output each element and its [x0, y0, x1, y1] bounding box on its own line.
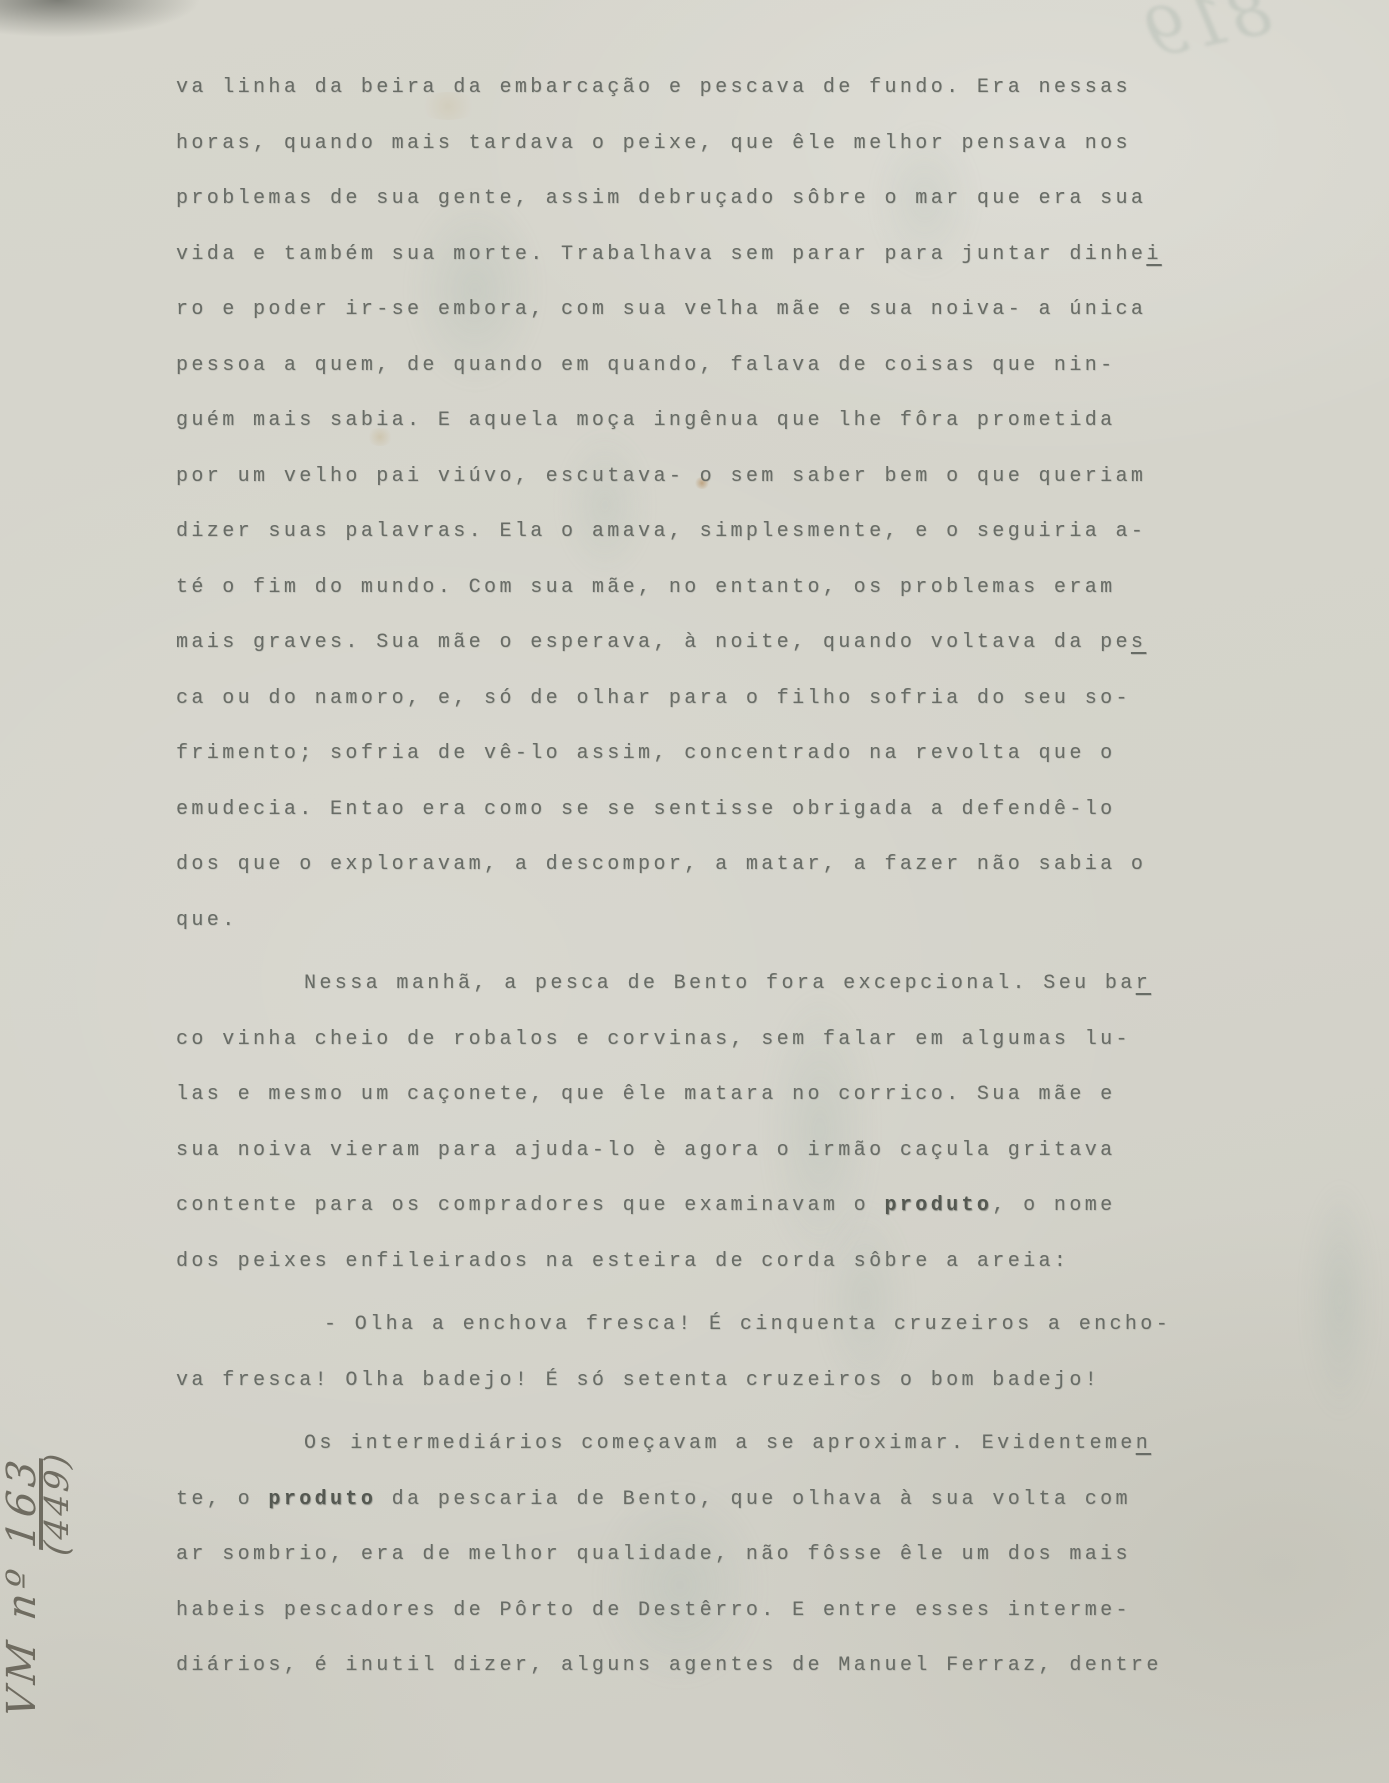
text-line: pessoa a quem, de quando em quando, fala…: [176, 338, 1176, 394]
underlined-syllable: s: [1131, 631, 1146, 654]
text-line: Os intermediários começavam a se aproxim…: [176, 1416, 1176, 1472]
paragraph: va linha da beira da embarcação e pescav…: [176, 60, 1176, 948]
text-segment: va linha da beira da embarcação e pescav…: [176, 76, 1131, 99]
text-segment: da pescaria de Bento, que olhava à sua v…: [376, 1488, 1131, 1511]
text-line: dos peixes enfileirados na esteira de co…: [176, 1234, 1176, 1290]
text-line: emudecia. Entao era como se se sentisse …: [176, 782, 1176, 838]
margin-note-prefix: VM nº: [0, 1544, 45, 1720]
text-line: ca ou do namoro, e, só de olhar para o f…: [176, 671, 1176, 727]
text-segment: por um velho pai viúvo, escutava- o sem …: [176, 465, 1146, 488]
text-segment: diários, é inutil dizer, alguns agentes …: [176, 1654, 1162, 1677]
underlined-syllable: r: [1136, 972, 1151, 995]
text-segment: vida e também sua morte. Trabalhava sem …: [176, 243, 1146, 266]
text-line: las e mesmo um caçonete, que êle matara …: [176, 1067, 1176, 1123]
text-line: Nessa manhã, a pesca de Bento fora excep…: [176, 956, 1176, 1012]
paragraph: - Olha a enchova fresca! É cinquenta cru…: [176, 1297, 1176, 1408]
text-line: habeis pescadores de Pôrto de Destêrro. …: [176, 1583, 1176, 1639]
text-segment: dos que o exploravam, a descompor, a mat…: [176, 853, 1146, 876]
text-line: co vinha cheio de robalos e corvinas, se…: [176, 1012, 1176, 1068]
margin-note-page: (449): [37, 1274, 76, 1557]
text-segment: , o nome: [992, 1194, 1115, 1217]
paragraph: Os intermediários começavam a se aproxim…: [176, 1416, 1176, 1694]
text-segment: co vinha cheio de robalos e corvinas, se…: [176, 1028, 1131, 1051]
text-line: sua noiva vieram para ajuda-lo è agora o…: [176, 1123, 1176, 1179]
paragraph: Nessa manhã, a pesca de Bento fora excep…: [176, 956, 1176, 1289]
underlined-syllable: i: [1146, 243, 1161, 266]
text-segment: horas, quando mais tardava o peixe, que …: [176, 132, 1131, 155]
text-line: ar sombrio, era de melhor qualidade, não…: [176, 1527, 1176, 1583]
text-line: por um velho pai viúvo, escutava- o sem …: [176, 449, 1176, 505]
text-segment: problemas de sua gente, assim debruçado …: [176, 187, 1146, 210]
text-line: te, o produto da pescaria de Bento, que …: [176, 1472, 1176, 1528]
text-line: contente para os compradores que examina…: [176, 1178, 1176, 1234]
margin-note: VM nº 163 (449): [0, 1277, 129, 1717]
text-line: guém mais sabia. E aquela moça ingênua q…: [176, 393, 1176, 449]
scan-corner-shadow: [0, 0, 320, 48]
text-segment: frimento; sofria de vê-lo assim, concent…: [176, 742, 1116, 765]
text-line: dos que o exploravam, a descompor, a mat…: [176, 837, 1176, 893]
text-segment: dizer suas palavras. Ela o amava, simple…: [176, 520, 1146, 543]
text-segment: contente para os compradores que examina…: [176, 1194, 885, 1217]
text-segment: las e mesmo um caçonete, que êle matara …: [176, 1083, 1116, 1106]
text-segment: dos peixes enfileirados na esteira de co…: [176, 1250, 1069, 1273]
text-segment: té o fim do mundo. Com sua mãe, no entan…: [176, 576, 1116, 599]
text-line: que.: [176, 893, 1176, 949]
text-segment: mais graves. Sua mãe o esperava, à noite…: [176, 631, 1131, 654]
text-line: té o fim do mundo. Com sua mãe, no entan…: [176, 560, 1176, 616]
typewritten-text: va linha da beira da embarcação e pescav…: [176, 60, 1176, 1694]
text-segment: guém mais sabia. E aquela moça ingênua q…: [176, 409, 1116, 432]
text-line: ro e poder ir-se embora, com sua velha m…: [176, 282, 1176, 338]
text-line: frimento; sofria de vê-lo assim, concent…: [176, 726, 1176, 782]
underlined-syllable: n: [1136, 1432, 1151, 1455]
text-segment: - Olha a enchova fresca! É cinquenta cru…: [324, 1313, 1171, 1336]
text-segment: pessoa a quem, de quando em quando, fala…: [176, 354, 1116, 377]
text-line: problemas de sua gente, assim debruçado …: [176, 171, 1176, 227]
text-segment: emudecia. Entao era como se se sentisse …: [176, 798, 1116, 821]
text-segment: ar sombrio, era de melhor qualidade, não…: [176, 1543, 1131, 1566]
text-segment: Os intermediários começavam a se aproxim…: [304, 1432, 1136, 1455]
bleedthrough-smudge: [1290, 1130, 1389, 1470]
emphasized-word: produto: [268, 1488, 376, 1511]
text-segment: que.: [176, 909, 238, 932]
text-segment: te, o: [176, 1488, 268, 1511]
text-line: diários, é inutil dizer, alguns agentes …: [176, 1638, 1176, 1694]
text-line: vida e também sua morte. Trabalhava sem …: [176, 227, 1176, 283]
text-line: mais graves. Sua mãe o esperava, à noite…: [176, 615, 1176, 671]
text-line: - Olha a enchova fresca! É cinquenta cru…: [176, 1297, 1176, 1353]
manuscript-page: 819 va linha da beira da embarcação e pe…: [0, 0, 1389, 1783]
text-segment: ro e poder ir-se embora, com sua velha m…: [176, 298, 1146, 321]
text-segment: va fresca! Olha badejo! É só setenta cru…: [176, 1369, 1100, 1392]
emphasized-word: produto: [885, 1194, 993, 1217]
text-line: va fresca! Olha badejo! É só setenta cru…: [176, 1353, 1176, 1409]
text-line: va linha da beira da embarcação e pescav…: [176, 60, 1176, 116]
text-segment: Nessa manhã, a pesca de Bento fora excep…: [304, 972, 1136, 995]
text-segment: ca ou do namoro, e, só de olhar para o f…: [176, 687, 1131, 710]
text-line: dizer suas palavras. Ela o amava, simple…: [176, 504, 1176, 560]
text-segment: sua noiva vieram para ajuda-lo è agora o…: [176, 1139, 1116, 1162]
text-segment: habeis pescadores de Pôrto de Destêrro. …: [176, 1599, 1131, 1622]
text-line: horas, quando mais tardava o peixe, que …: [176, 116, 1176, 172]
